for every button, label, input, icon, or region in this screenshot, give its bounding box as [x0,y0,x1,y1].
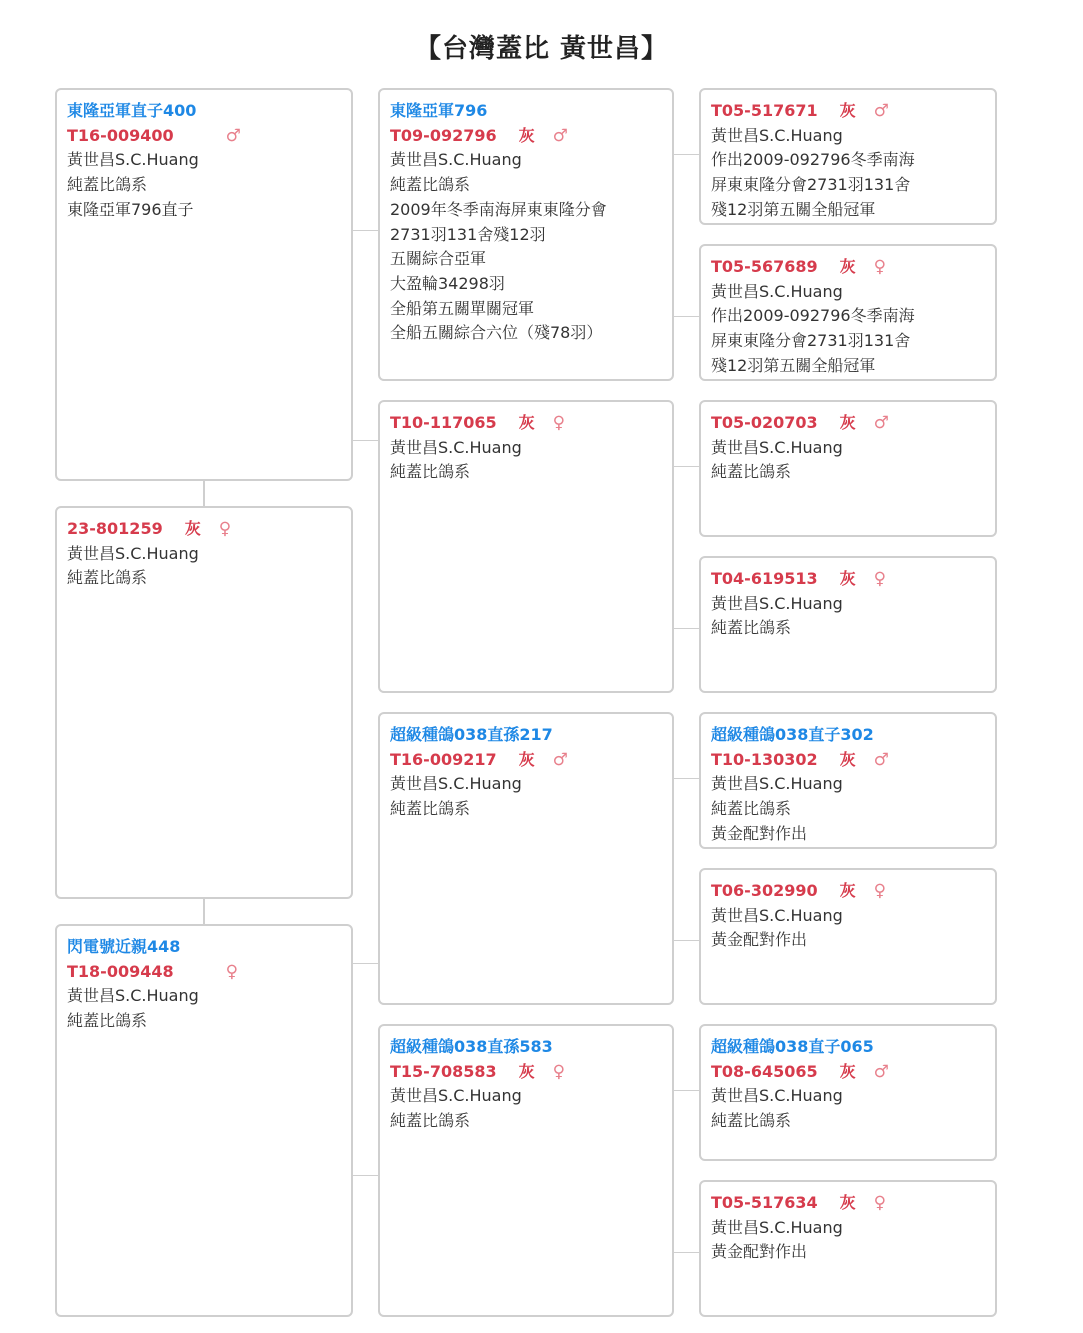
pigeon-note: 黃金配對作出 [711,928,985,953]
ring-number: T16-009400 [67,126,174,145]
pigeon-card-gen3-5: T06-302990灰♀黃世昌S.C.Huang黃金配對作出 [699,868,997,1005]
pigeon-card-gen3-1: T05-567689灰♀黃世昌S.C.Huang作出2009-092796冬季南… [699,244,997,381]
pigeon-note: 純蓋比鴿系 [67,173,341,198]
pigeon-name: 超級種鴿038直子065 [711,1035,985,1060]
pigeon-card-gen3-6: 超級種鴿038直子065T08-645065灰♂黃世昌S.C.Huang純蓋比鴿… [699,1024,997,1161]
pigeon-card-gen2-2: 超級種鴿038直孫217T16-009217灰♂黃世昌S.C.Huang純蓋比鴿… [378,712,674,1005]
ring-number-row: T16-009400♂ [67,124,341,149]
ring-number: T10-130302 [711,750,818,769]
feather-color: 灰 [519,126,535,145]
connector [674,466,699,467]
connector [674,1252,699,1253]
pigeon-card-gen1-1: 23-801259灰♀黃世昌S.C.Huang純蓋比鴿系 [55,506,353,899]
pigeon-note: 黃世昌S.C.Huang [711,436,985,461]
pigeon-note: 黃世昌S.C.Huang [711,1084,985,1109]
pigeon-note: 黃世昌S.C.Huang [390,772,662,797]
pigeon-note: 全船五關綜合六位（殘78羽） [390,321,662,346]
connector [203,899,205,924]
feather-color: 灰 [519,750,535,769]
feather-color: 灰 [840,881,856,900]
feather-color: 灰 [840,750,856,769]
ring-number-row: T10-130302灰♂ [711,748,985,773]
pigeon-note: 黃世昌S.C.Huang [711,280,985,305]
pigeon-note: 2731羽131舍殘12羽 [390,223,662,248]
ring-number-row: T05-020703灰♂ [711,411,985,436]
pigeon-note: 純蓋比鴿系 [711,797,985,822]
feather-color: 灰 [519,413,535,432]
feather-color: 灰 [185,519,201,538]
pigeon-note: 屏東東隆分會2731羽131舍 [711,173,985,198]
pigeon-note: 作出2009-092796冬季南海 [711,304,985,329]
pigeon-name: 超級種鴿038直子302 [711,723,985,748]
ring-number-row: T05-567689灰♀ [711,255,985,280]
pigeon-note: 黃世昌S.C.Huang [390,148,662,173]
male-icon: ♂ [553,126,568,146]
pigeon-name: 閃電號近親448 [67,935,341,960]
pigeon-note: 黃金配對作出 [711,1240,985,1265]
male-icon: ♂ [874,101,889,121]
pigeon-note: 純蓋比鴿系 [67,1009,341,1034]
pigeon-note: 殘12羽第五關全船冠軍 [711,198,985,223]
pigeon-note: 黃世昌S.C.Huang [67,542,341,567]
pigeon-note: 純蓋比鴿系 [390,1109,662,1134]
female-icon: ♀ [874,257,886,277]
connector [353,230,378,231]
feather-color: 灰 [840,1062,856,1081]
pigeon-card-gen3-0: T05-517671灰♂黃世昌S.C.Huang作出2009-092796冬季南… [699,88,997,225]
pigeon-name: 超級種鴿038直孫583 [390,1035,662,1060]
female-icon: ♀ [553,413,565,433]
female-icon: ♀ [226,962,238,982]
pigeon-note: 純蓋比鴿系 [711,460,985,485]
ring-number: T05-020703 [711,413,818,432]
feather-color: 灰 [840,257,856,276]
pigeon-note: 全船第五關單關冠軍 [390,297,662,322]
pigeon-card-gen1-2: 閃電號近親448T18-009448♀黃世昌S.C.Huang純蓋比鴿系 [55,924,353,1317]
pigeon-note: 屏東東隆分會2731羽131舍 [711,329,985,354]
connector [674,1090,699,1091]
ring-number-row: 23-801259灰♀ [67,517,341,542]
pigeon-note: 純蓋比鴿系 [390,797,662,822]
pigeon-name: 東隆亞軍直子400 [67,99,341,124]
pigeon-note: 純蓋比鴿系 [711,1109,985,1134]
pigeon-note: 純蓋比鴿系 [711,616,985,641]
ring-number-row: T05-517671灰♂ [711,99,985,124]
feather-color: 灰 [840,413,856,432]
ring-number-row: T10-117065灰♀ [390,411,662,436]
female-icon: ♀ [874,1193,886,1213]
pigeon-card-gen3-7: T05-517634灰♀黃世昌S.C.Huang黃金配對作出 [699,1180,997,1317]
pigeon-note: 東隆亞軍796直子 [67,198,341,223]
pigeon-note: 純蓋比鴿系 [390,460,662,485]
female-icon: ♀ [874,569,886,589]
male-icon: ♂ [226,126,241,146]
pigeon-note: 黃世昌S.C.Huang [390,1084,662,1109]
pigeon-name: 超級種鴿038直孫217 [390,723,662,748]
ring-number: T04-619513 [711,569,818,588]
connector [203,481,205,506]
pigeon-note: 大盈輪34298羽 [390,272,662,297]
ring-number: 23-801259 [67,519,163,538]
pigeon-card-gen2-0: 東隆亞軍796T09-092796灰♂黃世昌S.C.Huang純蓋比鴿系2009… [378,88,674,381]
feather-color: 灰 [840,101,856,120]
male-icon: ♂ [874,750,889,770]
pigeon-note: 黃世昌S.C.Huang [711,772,985,797]
pigeon-note: 黃世昌S.C.Huang [390,436,662,461]
ring-number-row: T15-708583灰♀ [390,1060,662,1085]
connector [674,940,699,941]
pigeon-note: 純蓋比鴿系 [67,566,341,591]
ring-number: T05-567689 [711,257,818,276]
ring-number-row: T04-619513灰♀ [711,567,985,592]
connector [353,440,378,441]
female-icon: ♀ [553,1062,565,1082]
pigeon-note: 黃世昌S.C.Huang [711,1216,985,1241]
ring-number-row: T06-302990灰♀ [711,879,985,904]
pigeon-card-gen2-1: T10-117065灰♀黃世昌S.C.Huang純蓋比鴿系 [378,400,674,693]
male-icon: ♂ [874,1062,889,1082]
male-icon: ♂ [874,413,889,433]
connector [674,778,699,779]
pigeon-card-gen1-0: 東隆亞軍直子400T16-009400♂黃世昌S.C.Huang純蓋比鴿系東隆亞… [55,88,353,481]
pigeon-note: 黃世昌S.C.Huang [711,904,985,929]
feather-color: 灰 [840,1193,856,1212]
pigeon-note: 2009年冬季南海屏東東隆分會 [390,198,662,223]
connector [353,1175,378,1176]
ring-number: T06-302990 [711,881,818,900]
ring-number-row: T08-645065灰♂ [711,1060,985,1085]
feather-color: 灰 [519,1062,535,1081]
female-icon: ♀ [874,881,886,901]
ring-number: T16-009217 [390,750,497,769]
pigeon-card-gen3-2: T05-020703灰♂黃世昌S.C.Huang純蓋比鴿系 [699,400,997,537]
pigeon-note: 黃世昌S.C.Huang [711,592,985,617]
pigeon-card-gen2-3: 超級種鴿038直孫583T15-708583灰♀黃世昌S.C.Huang純蓋比鴿… [378,1024,674,1317]
pigeon-note: 殘12羽第五關全船冠軍 [711,354,985,379]
ring-number: T10-117065 [390,413,497,432]
pigeon-card-gen3-4: 超級種鴿038直子302T10-130302灰♂黃世昌S.C.Huang純蓋比鴿… [699,712,997,849]
ring-number: T18-009448 [67,962,174,981]
ring-number: T05-517634 [711,1193,818,1212]
pigeon-note: 作出2009-092796冬季南海 [711,148,985,173]
male-icon: ♂ [553,750,568,770]
connector [674,154,699,155]
page-title: 【台灣蓋比 黃世昌】 [0,28,1083,65]
ring-number: T05-517671 [711,101,818,120]
ring-number-row: T16-009217灰♂ [390,748,662,773]
connector [674,628,699,629]
connector [353,963,378,964]
pigeon-name: 東隆亞軍796 [390,99,662,124]
female-icon: ♀ [219,519,231,539]
ring-number-row: T18-009448♀ [67,960,341,985]
ring-number-row: T09-092796灰♂ [390,124,662,149]
pigeon-note: 黃世昌S.C.Huang [711,124,985,149]
ring-number: T15-708583 [390,1062,497,1081]
pigeon-note: 五關綜合亞軍 [390,247,662,272]
ring-number-row: T05-517634灰♀ [711,1191,985,1216]
ring-number: T08-645065 [711,1062,818,1081]
feather-color: 灰 [840,569,856,588]
ring-number: T09-092796 [390,126,497,145]
pigeon-note: 純蓋比鴿系 [390,173,662,198]
pigeon-note: 黃世昌S.C.Huang [67,148,341,173]
pigeon-note: 黃金配對作出 [711,822,985,847]
pigeon-card-gen3-3: T04-619513灰♀黃世昌S.C.Huang純蓋比鴿系 [699,556,997,693]
connector [674,316,699,317]
pigeon-note: 黃世昌S.C.Huang [67,984,341,1009]
